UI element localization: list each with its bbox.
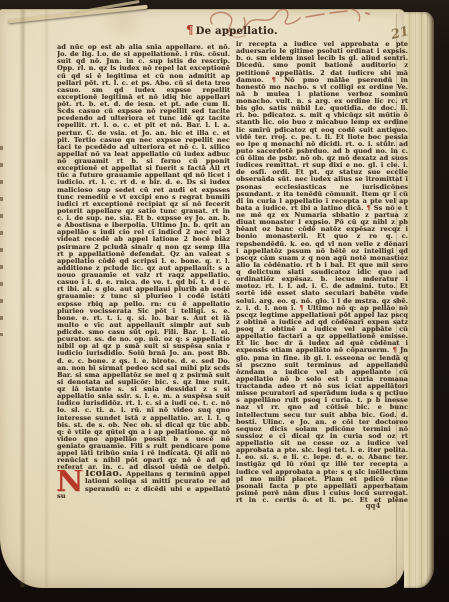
text-column-right: ir recepta a iudice vel approbata e pte … — [236, 41, 408, 503]
pilcrow-mark: ¶ — [392, 346, 396, 354]
quire-signature: qq4 — [338, 502, 408, 510]
text-column-left: ad nūc op est ab alia snīa appellare. et… — [57, 44, 230, 471]
page-title: De appellatio. — [196, 26, 278, 37]
running-header: ¶ De appellatio. — [186, 25, 278, 37]
rubricated-initial: N — [57, 470, 83, 493]
pilcrow-mark: ¶ — [186, 25, 194, 35]
pilcrow-mark: ¶ — [272, 76, 276, 84]
paper-stain — [88, 0, 158, 48]
gutter-crease — [44, 9, 49, 587]
section-nicolao: N Icolao. Appellans q terminū appel lati… — [57, 470, 230, 504]
binding-stitches — [0, 146, 3, 336]
pilcrow-mark: ¶ — [367, 204, 371, 212]
pilcrow-mark: ¶ — [299, 304, 303, 312]
book-photo: ¶ De appellatio. 21 ad nūc op est ab ali… — [0, 0, 449, 602]
gutter-crease — [19, 9, 26, 587]
